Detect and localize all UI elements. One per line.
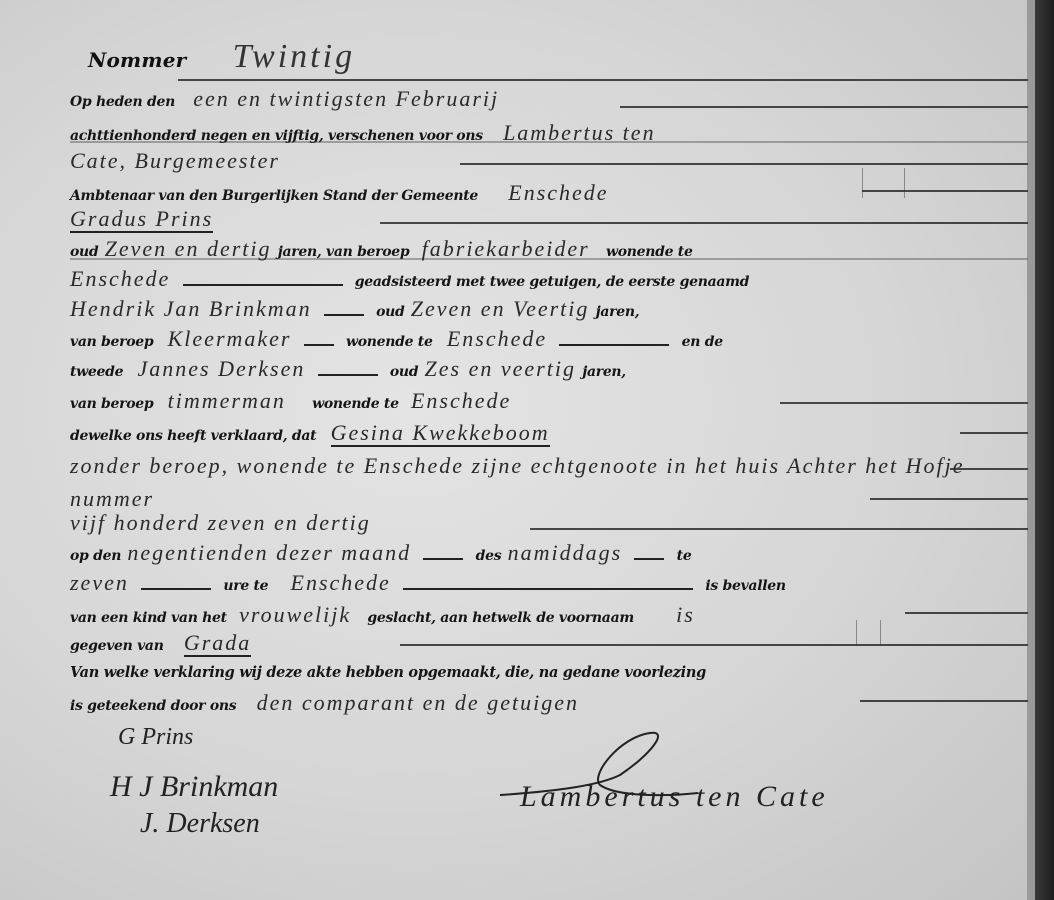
record-number-row: Nommer Twintig: [88, 38, 355, 76]
text-line-5: Gradus Prins: [70, 206, 213, 232]
signature-witness-1: H J Brinkman: [110, 770, 278, 804]
scan-border: [1035, 0, 1054, 900]
text-line-4: Ambtenaar van den Burgerlijken Stand der…: [70, 180, 609, 206]
text-line-17: van een kind van het vrouwelijk geslacht…: [70, 602, 695, 628]
text-line-8: Hendrik Jan Brinkman oud Zeven en Veerti…: [70, 296, 639, 322]
father-name: Gradus Prins: [70, 206, 213, 233]
text-line-20: is geteekend door ons den comparant en d…: [70, 690, 579, 716]
text-line-3: Cate, Burgemeester: [70, 148, 280, 174]
signature-father: G Prins: [118, 724, 193, 751]
mother-name: Gesina Kwekkeboom: [331, 420, 550, 447]
signature-flourish: [500, 725, 700, 805]
text-line-15: op den negentienden dezer maand des nami…: [70, 540, 691, 566]
text-line-12: dewelke ons heeft verklaard, dat Gesina …: [70, 420, 550, 446]
text-line-13: zonder beroep, wonende te Enschede zijne…: [70, 450, 1020, 516]
child-name: Grada: [184, 630, 251, 657]
signature-witness-2: J. Derksen: [140, 808, 260, 840]
text-line-7: Enschede geadsisteerd met twee getuigen,…: [70, 266, 749, 292]
text-line-16: zeven ure te Enschede is bevallen: [70, 570, 786, 596]
text-line-9: van beroep Kleermaker wonende te Ensched…: [70, 326, 723, 352]
text-line-11: van beroep timmerman wonende te Enschede: [70, 388, 511, 414]
text-line-1: Op heden den een en twintigsten Februari…: [70, 86, 499, 112]
page-edge: [1027, 0, 1035, 900]
text-line-10: tweede Jannes Derksen oud Zes en veertig…: [70, 356, 626, 382]
record-number-label: Nommer: [88, 48, 186, 72]
text-line-14: vijf honderd zeven en dertig: [70, 510, 371, 536]
record-number-value: Twintig: [233, 38, 355, 75]
text-line-18: gegeven van Grada: [70, 630, 251, 656]
text-line-19: Van welke verklaring wij deze akte hebbe…: [70, 660, 706, 682]
